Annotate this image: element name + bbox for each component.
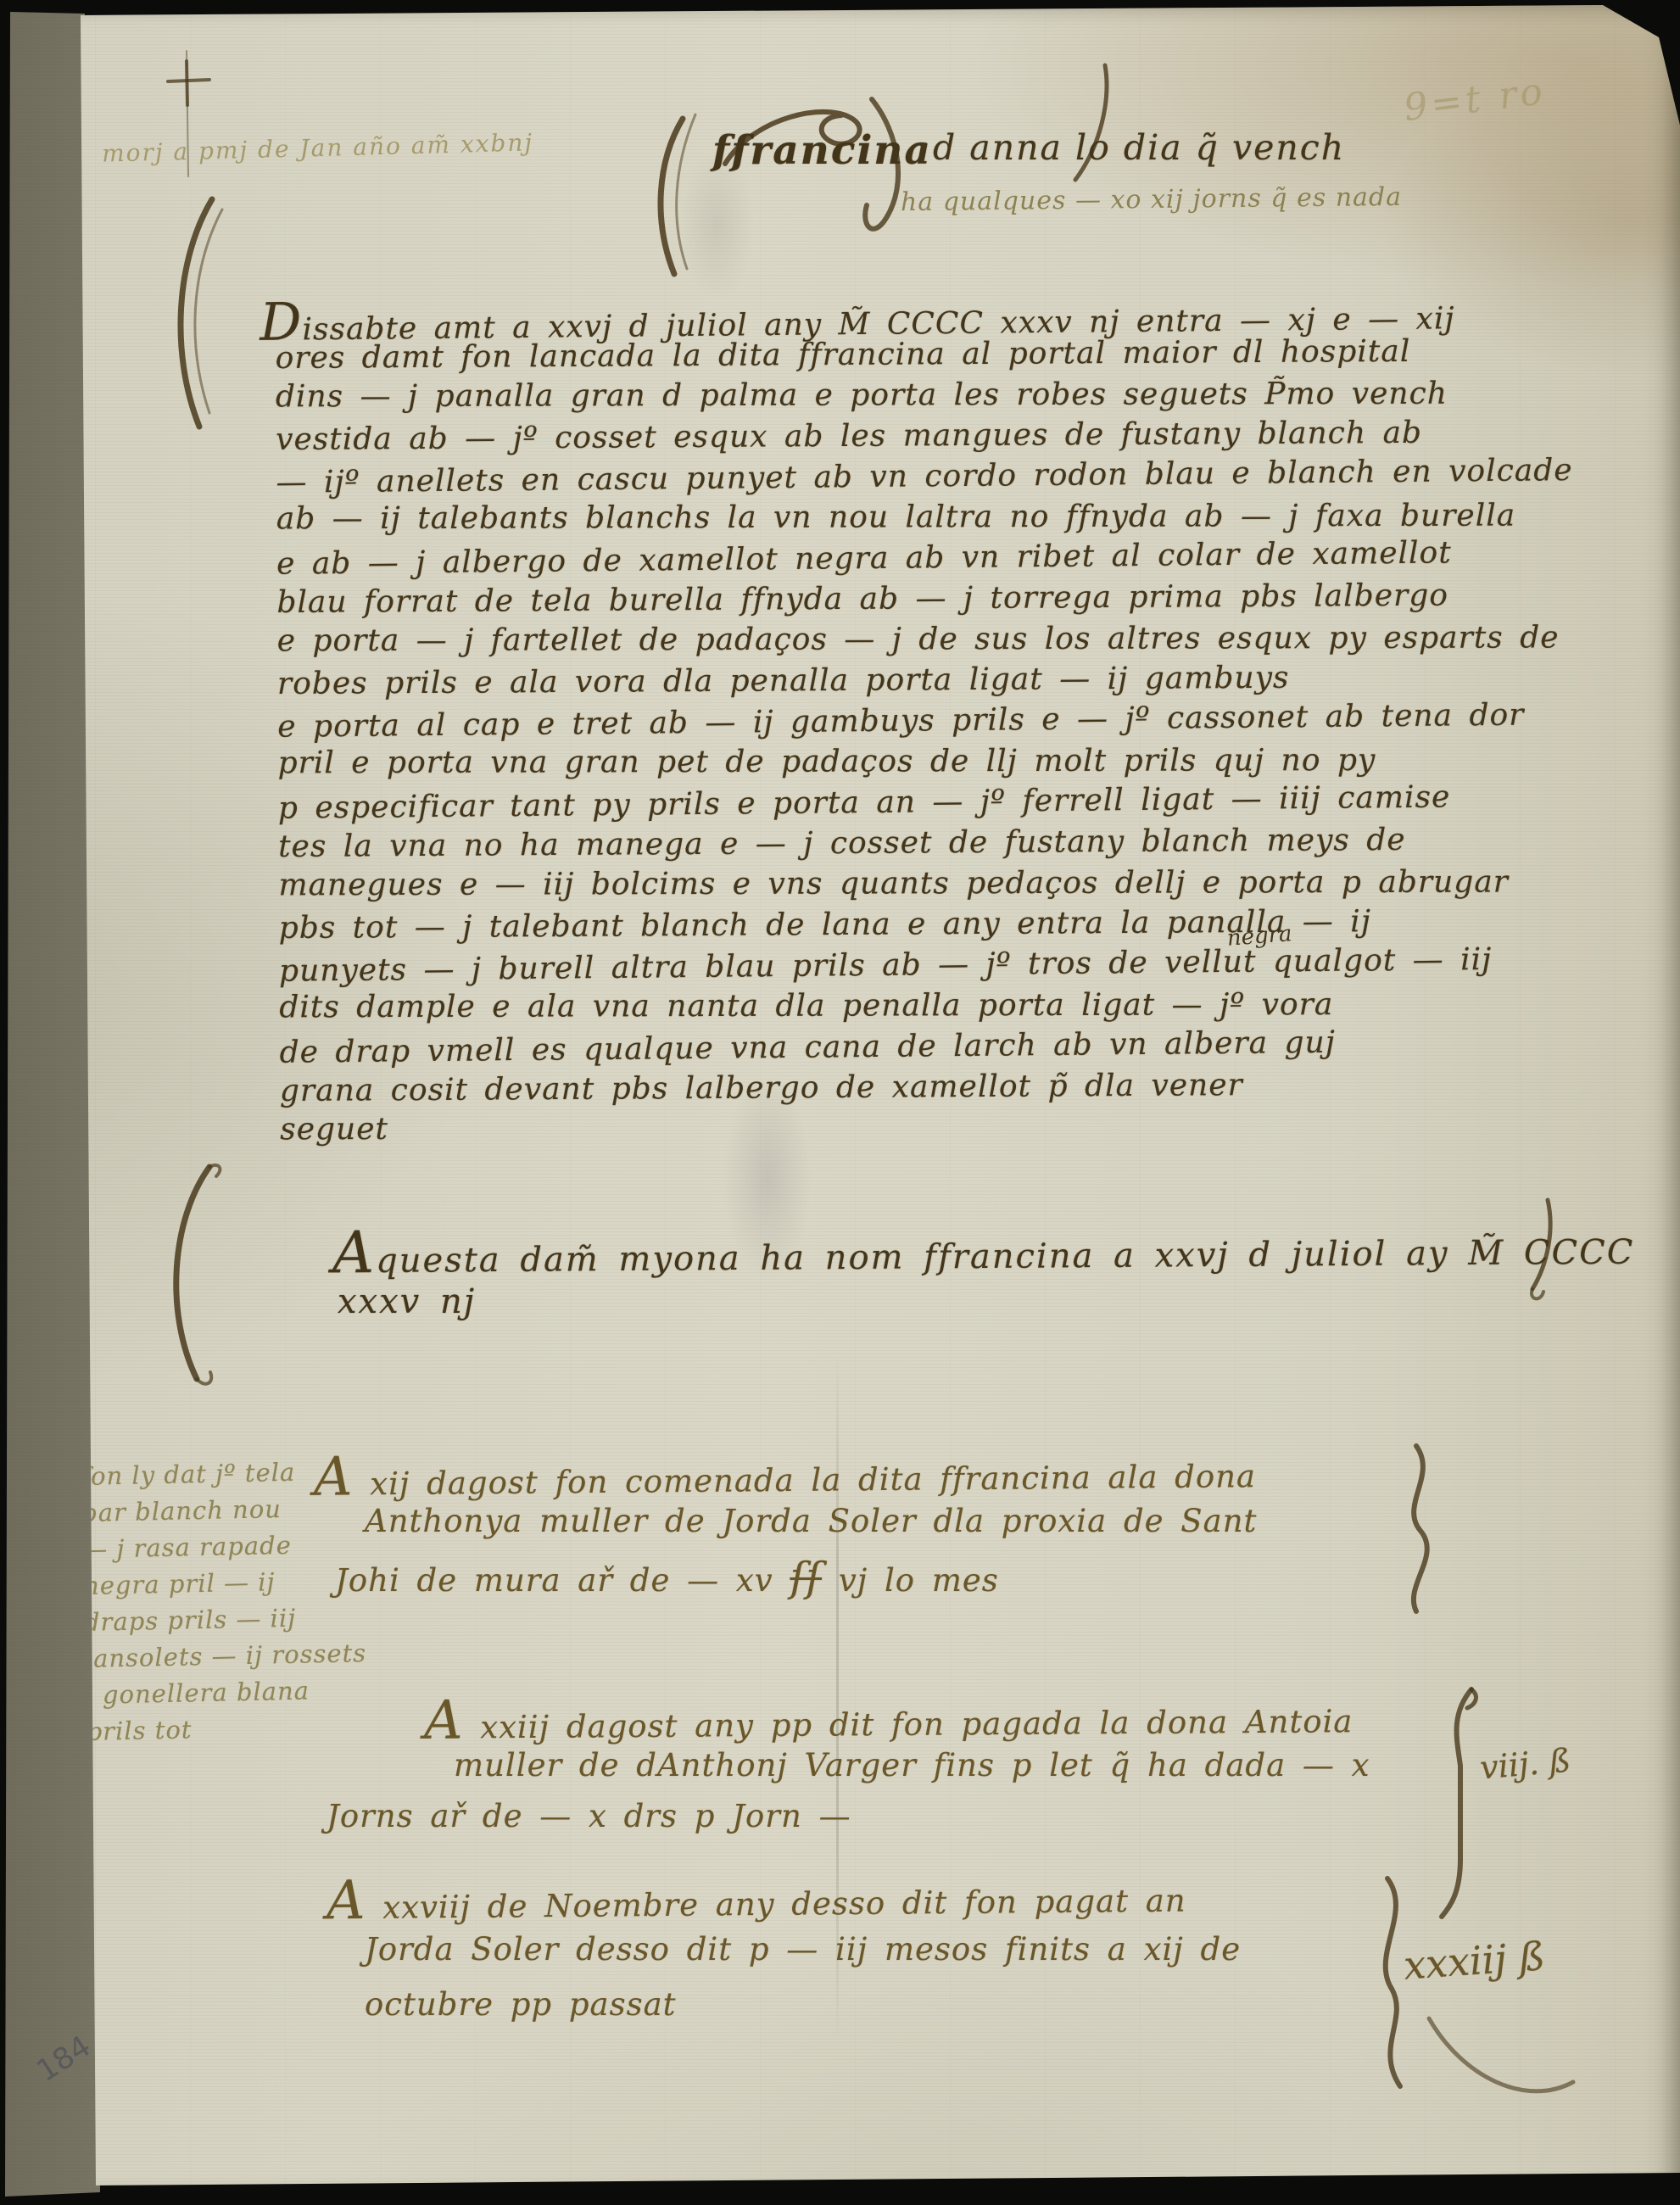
entry4-line: muller de dAnthonj Varger fins p let q̃ … <box>454 1747 1370 1784</box>
entry4-amount: viij. ß <box>1478 1741 1572 1786</box>
entry2-line: Aquesta dam̃ myona ha nom ffrancina a xx… <box>332 1222 1635 1281</box>
entry3-line3-post: vj lo mes <box>822 1562 999 1599</box>
entry2-end-flourish <box>1522 1200 1573 1310</box>
entry4-brace <box>1442 1689 1484 1927</box>
entry1-line: p especificar tant py prils e porta an —… <box>278 779 1584 826</box>
entry1-line: e porta — j fartellet de padaços — j de … <box>277 620 1583 658</box>
entry1-line: pbs tot — j talebant blanch de lana e an… <box>279 903 1585 946</box>
manuscript-photo: 184 morj a pmj de Jan año am̃ xxbnj 9=t … <box>0 0 1680 2205</box>
margin-note-line: bar blanch nou <box>81 1494 282 1527</box>
interlinear-correction: negra <box>1226 921 1293 952</box>
margin-note-line: draps prils — iij <box>84 1604 297 1637</box>
entry1-line: grana cosit devant pbs lalbergo de xamel… <box>280 1066 1586 1108</box>
margin-note-line: prils tot <box>86 1715 193 1746</box>
entry1-line: ores damt fon lancada la dita ffrancina … <box>276 333 1582 376</box>
manuscript-page: morj a pmj de Jan año am̃ xxbnj 9=t ro f… <box>0 0 1680 2205</box>
entry3-line: Johi de mura ař de — xv ſſ vj lo mes <box>335 1554 999 1601</box>
entry1-line: dits dample e ala vna nanta dla penalla … <box>279 986 1585 1024</box>
entry2-bracket-flourish <box>154 1160 239 1398</box>
entry5-tail-flourish <box>1425 1993 1586 2112</box>
entry1-line: punyets — j burell altra blau prils ab —… <box>279 941 1585 989</box>
entry1-line: e ab — j albergo de xamellot negra ab vn… <box>276 534 1582 582</box>
entry3-line: A xij dagost fon comenada la dita ffranc… <box>314 1448 1256 1503</box>
entry3-line3-pre: Johi de mura ař de — xv <box>335 1562 790 1599</box>
entry1-line: pril e porta vna gran pet de padaços de … <box>277 742 1583 780</box>
entry1-line: blau forrat de tela burella ffnyda ab — … <box>276 578 1582 620</box>
entry5-line: octubre pp passat <box>365 1986 677 2023</box>
entry1-line: de drap vmell es qualque vna cana de lar… <box>279 1023 1585 1070</box>
margin-note-line: j gonellera blana <box>85 1676 310 1710</box>
margin-note-line: — j rasa rapade <box>82 1531 292 1564</box>
entry1-block: Dissabte amt a xxvj d juliol any M̃ CCCC… <box>0 0 1680 2205</box>
entry1-line: ab — ij talebants blanchs la vn nou lalt… <box>276 498 1582 536</box>
entry1-line: dins — j panalla gran d palma e porta le… <box>276 376 1582 414</box>
entry1-line: manegues e — iij bolcims e vns quants pe… <box>278 864 1584 902</box>
entry1-line: e porta al cap e tret ab — ij gambuys pr… <box>277 697 1583 745</box>
entry5-brace <box>1353 1878 1413 2099</box>
entry4-line: A xxiij dagost any pp dit fon pagada la … <box>424 1693 1353 1746</box>
margin-note-line: fon ly dat jº tela <box>81 1458 296 1491</box>
entry1-line: vestida ab — jº cosset esqux ab les mang… <box>276 415 1582 457</box>
entry3-brace <box>1391 1446 1442 1616</box>
entry1-line: robes prils e ala vora dla penalla porta… <box>277 659 1583 701</box>
entry1-line: tes la vna no ha manega e — j cosset de … <box>278 822 1584 864</box>
entry3-line: Anthonya muller de Jorda Soler dla proxi… <box>365 1503 1257 1539</box>
entry5-line: A xxviij de Noembre any desso dit fon pa… <box>327 1873 1186 1927</box>
entry3-correction-struck: ſſ <box>790 1554 822 1601</box>
entry5-line: Jorda Soler desso dit p — iij mesos fini… <box>365 1931 1241 1968</box>
entry2-line: xxxv nj <box>338 1282 476 1321</box>
entry1-line: — ijº anellets en cascu punyet ab vn cor… <box>276 453 1582 500</box>
entry1-line: seguet <box>280 1108 1586 1147</box>
margin-note-line: negra pril — ij <box>83 1567 276 1600</box>
entry4-line: Jorns ař de — x drs p Jorn — <box>327 1798 851 1834</box>
margin-note-line: lansolets — ij rossets <box>85 1638 367 1673</box>
